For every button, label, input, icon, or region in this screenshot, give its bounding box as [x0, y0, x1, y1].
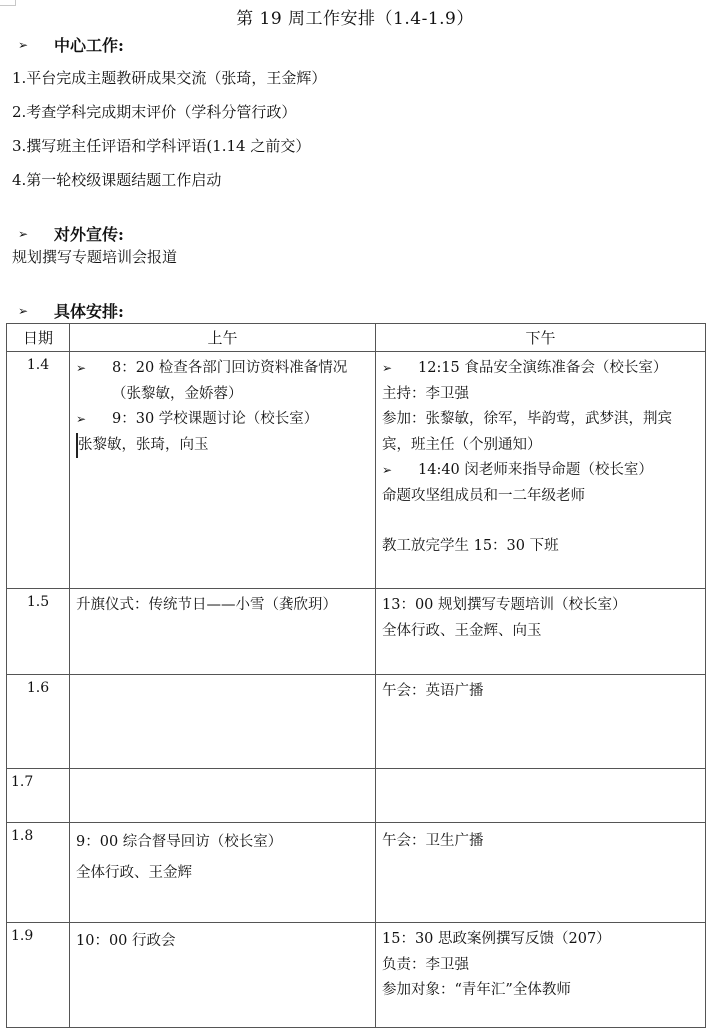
row-date: 1.6 — [7, 675, 70, 769]
table-row: 1.9 10：00 行政会 15：30 思政案例撰写反馈（207） 负责：李卫强… — [7, 923, 706, 1028]
row-date: 1.9 — [7, 923, 70, 1028]
pm-line: 午会：卫生广播 — [382, 829, 699, 855]
table-row: 1.7 — [7, 769, 706, 823]
table-row: 1.8 9：00 综合督导回访（校长室） 全体行政、王金辉 午会：卫生广播 — [7, 823, 706, 923]
row-pm-cell: 午会：英语广播 — [376, 675, 706, 769]
section-heading-publicity: ➢ 对外宣传: — [18, 222, 124, 245]
am-line: 9：00 综合督导回访（校长室） — [76, 827, 369, 858]
bullet-arrow-icon: ➢ — [18, 304, 54, 318]
am-bullet-item: ➢ 9：30 学校课题讨论（校长室） — [76, 407, 369, 433]
pm-line: 参加：张黎敏，徐军，毕韵莺，武梦淇，荆宾宾，班主任（个别通知） — [382, 407, 699, 458]
am-line: 升旗仪式：传统节日——小雪（龚欣玥） — [76, 593, 369, 619]
pm-line: 午会：英语广播 — [382, 679, 699, 705]
bullet-arrow-icon: ➢ — [382, 356, 418, 382]
header-am: 上午 — [70, 324, 376, 352]
bullet-arrow-icon: ➢ — [18, 227, 54, 241]
row-date: 1.4 — [7, 352, 70, 589]
heading-label: 对外宣传: — [54, 222, 124, 245]
pm-line: 13：00 规划撰写专题培训（校长室） — [382, 593, 699, 619]
row-pm-cell: 午会：卫生广播 — [376, 823, 706, 923]
row-am-cell: 9：00 综合督导回访（校长室） 全体行政、王金辉 — [70, 823, 376, 923]
row-pm-cell: 15：30 思政案例撰写反馈（207） 负责：李卫强 参加对象：“青年汇”全体教… — [376, 923, 706, 1028]
am-line: 全体行政、王金辉 — [76, 858, 369, 889]
row-date: 1.5 — [7, 589, 70, 675]
publicity-text: 规划撰写专题培训会报道 — [12, 246, 177, 267]
heading-label: 中心工作: — [54, 33, 124, 56]
row-date: 1.7 — [7, 769, 70, 823]
row-am-cell: 升旗仪式：传统节日——小雪（龚欣玥） — [70, 589, 376, 675]
am-bullet-item: ➢ 8：20 检查各部门回访资料准备情况（张黎敏，金娇蓉） — [76, 356, 369, 407]
row-pm-cell — [376, 769, 706, 823]
row-am-cell — [70, 675, 376, 769]
pm-line: 15：30 思政案例撰写反馈（207） — [382, 927, 699, 953]
section-heading-schedule: ➢ 具体安排: — [18, 299, 124, 322]
schedule-table: 日期 上午 下午 1.4 ➢ 8：20 检查各部门回访资料准备情况（张黎敏，金娇… — [6, 323, 706, 1028]
table-header-row: 日期 上午 下午 — [7, 324, 706, 352]
row-am-cell — [70, 769, 376, 823]
pm-line: 主持：李卫强 — [382, 382, 699, 408]
table-row: 1.4 ➢ 8：20 检查各部门回访资料准备情况（张黎敏，金娇蓉） ➢ 9：30… — [7, 352, 706, 589]
bullet-arrow-icon: ➢ — [18, 38, 54, 52]
pm-bullet-item: ➢ 14:40 闵老师来指导命题（校长室） — [382, 458, 699, 484]
row-am-cell: ➢ 8：20 检查各部门回访资料准备情况（张黎敏，金娇蓉） ➢ 9：30 学校课… — [70, 352, 376, 589]
row-pm-cell: ➢ 12:15 食品安全演练准备会（校长室） 主持：李卫强 参加：张黎敏，徐军，… — [376, 352, 706, 589]
am-line: 10：00 行政会 — [76, 929, 369, 955]
heading-label: 具体安排: — [54, 299, 124, 322]
section-heading-central-work: ➢ 中心工作: — [18, 33, 124, 56]
pm-footer: 教工放完学生 15：30 下班 — [382, 534, 699, 560]
table-row: 1.6 午会：英语广播 — [7, 675, 706, 769]
pm-line: 命题攻坚组成员和一二年级老师 — [382, 484, 699, 510]
central-work-item-3: 3.撰写班主任评语和学科评语(1.14 之前交） — [12, 135, 310, 156]
table-row: 1.5 升旗仪式：传统节日——小雪（龚欣玥） 13：00 规划撰写专题培训（校长… — [7, 589, 706, 675]
central-work-item-2: 2.考查学科完成期末评价（学科分管行政） — [12, 101, 296, 122]
header-date: 日期 — [7, 324, 70, 352]
row-pm-cell: 13：00 规划撰写专题培训（校长室） 全体行政、王金辉、向玉 — [376, 589, 706, 675]
central-work-item-1: 1.平台完成主题教研成果交流（张琦，王金辉） — [12, 67, 326, 88]
pm-line: 参加对象：“青年汇”全体教师 — [382, 978, 699, 1004]
document-title: 第 19 周工作安排（1.4-1.9） — [0, 4, 710, 29]
pm-line: 全体行政、王金辉、向玉 — [382, 619, 699, 645]
row-date: 1.8 — [7, 823, 70, 923]
central-work-item-4: 4.第一轮校级课题结题工作启动 — [12, 169, 221, 190]
bullet-arrow-icon: ➢ — [382, 458, 418, 484]
header-pm: 下午 — [376, 324, 706, 352]
row-am-cell: 10：00 行政会 — [70, 923, 376, 1028]
bullet-arrow-icon: ➢ — [76, 407, 112, 433]
am-line: 张黎敏，张琦，向玉 — [76, 433, 369, 459]
bullet-arrow-icon: ➢ — [76, 356, 112, 407]
pm-bullet-item: ➢ 12:15 食品安全演练准备会（校长室） — [382, 356, 699, 382]
pm-line: 负责：李卫强 — [382, 953, 699, 979]
